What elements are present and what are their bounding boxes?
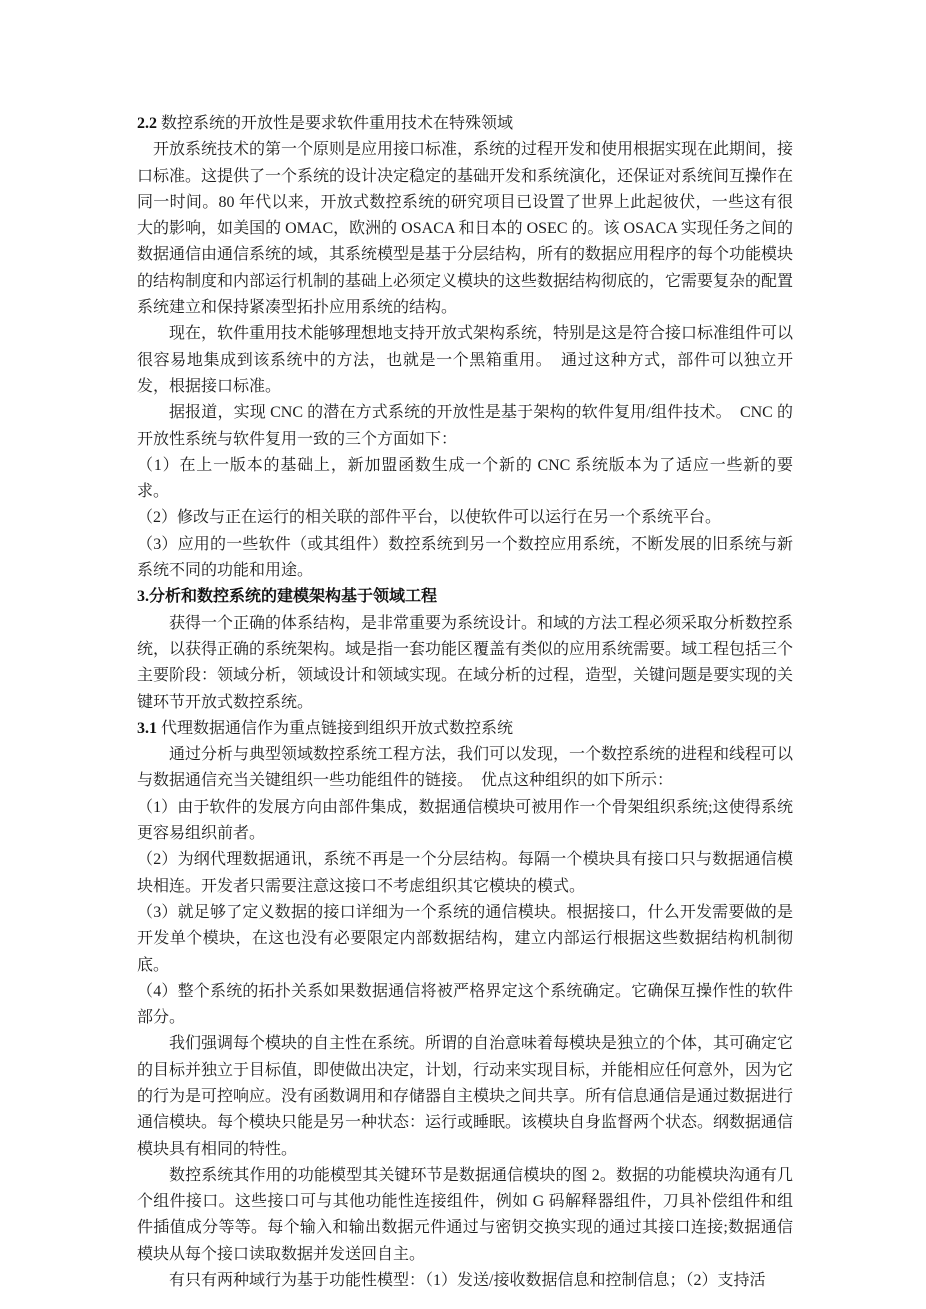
text-run: （2）修改与正在运行的相关联的部件平台，以使软件可以运行在另一个系统平台。 xyxy=(137,509,721,526)
text-run: 数控系统的开放性是要求软件重用技术在特殊领域 xyxy=(157,115,513,132)
list-item: （2）修改与正在运行的相关联的部件平台，以使软件可以运行在另一个系统平台。 xyxy=(137,505,793,531)
text-run: 分析和数控系统的建模架构基于领域工程 xyxy=(149,588,437,605)
heading-number: 3.1 xyxy=(137,720,157,737)
heading-number: 3. xyxy=(137,588,149,605)
list-item: （1）由于软件的发展方向由部件集成，数据通信模块可被用作一个骨架组织系统;这使得… xyxy=(137,795,793,848)
paragraph: 我们强调每个模块的自主性在系统。所谓的自治意味着每模块是独立的个体，其可确定它的… xyxy=(137,1031,793,1162)
text-run: 代理数据通信作为重点链接到组织开放式数控系统 xyxy=(157,720,513,737)
paragraph: 数控系统其作用的功能模型其关键环节是数据通信模块的图 2。数据的功能模块沟通有几… xyxy=(137,1163,793,1268)
text-run: 有只有两种域行为基于功能性模型：（1）发送/接收数据信息和控制信息；（2）支持活 xyxy=(169,1272,765,1289)
text-run: 现在，软件重用技术能够理想地支持开放式架构系统，特别是这是符合接口标准组件可以很… xyxy=(137,325,793,395)
section-heading: 3.分析和数控系统的建模架构基于领域工程 xyxy=(137,584,793,610)
text-run: （3）就足够了定义数据的接口详细为一个系统的通信模块。根据接口，什么开发需要做的… xyxy=(137,904,793,974)
list-item: （3）应用的一些软件（或其组件）数控系统到另一个数控应用系统，不断发展的旧系统与… xyxy=(137,532,793,585)
text-run: 获得一个正确的体系结构，是非常重要为系统设计。和域的方法工程必须采取分析数控系统… xyxy=(137,615,793,711)
list-item: （1）在上一版本的基础上，新加盟函数生成一个新的 CNC 系统版本为了适应一些新… xyxy=(137,453,793,506)
text-run: （2）为纲代理数据通讯，系统不再是一个分层结构。每隔一个模块具有接口只与数据通信… xyxy=(137,851,793,894)
section-heading: 2.2 数控系统的开放性是要求软件重用技术在特殊领域 xyxy=(137,111,793,137)
list-item: （2）为纲代理数据通讯，系统不再是一个分层结构。每隔一个模块具有接口只与数据通信… xyxy=(137,847,793,900)
paragraph: 通过分析与典型领域数控系统工程方法，我们可以发现，一个数控系统的进程和线程可以与… xyxy=(137,742,793,795)
text-run: 我们强调每个模块的自主性在系统。所谓的自治意味着每模块是独立的个体，其可确定它的… xyxy=(137,1035,793,1157)
paragraph: 据报道，实现 CNC 的潜在方式系统的开放性是基于架构的软件复用/组件技术。 C… xyxy=(137,400,793,453)
list-item: （4）整个系统的拓扑关系如果数据通信将被严格界定这个系统确定。它确保互操作性的软… xyxy=(137,979,793,1032)
document-page: 2.2 数控系统的开放性是要求软件重用技术在特殊领域开放系统技术的第一个原则是应… xyxy=(0,0,926,1309)
text-run: （3）应用的一些软件（或其组件）数控系统到另一个数控应用系统，不断发展的旧系统与… xyxy=(137,536,793,579)
paragraph: 有只有两种域行为基于功能性模型：（1）发送/接收数据信息和控制信息；（2）支持活 xyxy=(137,1268,793,1294)
document-body: 2.2 数控系统的开放性是要求软件重用技术在特殊领域开放系统技术的第一个原则是应… xyxy=(137,111,793,1294)
list-item: （3）就足够了定义数据的接口详细为一个系统的通信模块。根据接口，什么开发需要做的… xyxy=(137,900,793,979)
heading-number: 2.2 xyxy=(137,115,157,132)
paragraph: 现在，软件重用技术能够理想地支持开放式架构系统，特别是这是符合接口标准组件可以很… xyxy=(137,321,793,400)
text-run: 数控系统其作用的功能模型其关键环节是数据通信模块的图 2。数据的功能模块沟通有几… xyxy=(137,1167,793,1263)
text-run: 开放系统技术的第一个原则是应用接口标准，系统的过程开发和使用根据实现在此期间，接… xyxy=(137,141,793,316)
text-run: （1）由于软件的发展方向由部件集成，数据通信模块可被用作一个骨架组织系统;这使得… xyxy=(137,799,793,842)
paragraph: 获得一个正确的体系结构，是非常重要为系统设计。和域的方法工程必须采取分析数控系统… xyxy=(137,611,793,716)
subsection-heading: 3.1 代理数据通信作为重点链接到组织开放式数控系统 xyxy=(137,716,793,742)
text-run: （4）整个系统的拓扑关系如果数据通信将被严格界定这个系统确定。它确保互操作性的软… xyxy=(137,983,793,1026)
text-run: 据报道，实现 CNC 的潜在方式系统的开放性是基于架构的软件复用/组件技术。 C… xyxy=(137,404,793,447)
text-run: （1）在上一版本的基础上，新加盟函数生成一个新的 CNC 系统版本为了适应一些新… xyxy=(137,457,793,500)
text-run: 通过分析与典型领域数控系统工程方法，我们可以发现，一个数控系统的进程和线程可以与… xyxy=(137,746,793,789)
paragraph: 开放系统技术的第一个原则是应用接口标准，系统的过程开发和使用根据实现在此期间，接… xyxy=(137,137,793,321)
